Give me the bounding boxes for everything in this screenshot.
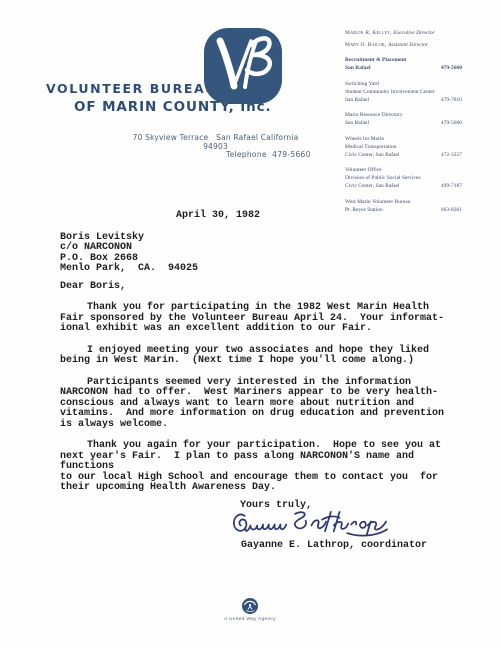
- directory-entry-phone: 479-5660: [441, 119, 462, 127]
- united-way-emblem-icon: [241, 597, 259, 615]
- directory-entry: Volunteer Office Division of Public Soci…: [345, 166, 462, 190]
- directory-entry-location: San Rafael: [345, 64, 371, 72]
- directory-entry: Wheels for Marin Medical Transportation …: [345, 135, 462, 159]
- officer-title: Executive Director: [393, 30, 434, 36]
- footer: A United Way Agency: [0, 597, 500, 622]
- directory-entry-phone: 472-3227: [441, 151, 462, 159]
- officer-name: Mary O. Bailor,: [345, 42, 388, 48]
- paragraph-1: Thank you for participating in the 1982 …: [60, 303, 468, 335]
- letterhead-address: 70 Skyview Terrace San Rafael California…: [123, 133, 308, 151]
- directory-entry: Switching Yard Student Community Involve…: [345, 80, 462, 104]
- vb-logo: [204, 28, 282, 104]
- directory-entry: Recruitment & Placement San Rafael 479-5…: [345, 56, 462, 72]
- paragraph-3: Participants seemed very interested in t…: [60, 378, 468, 431]
- signature-icon: [230, 509, 392, 540]
- directory-entry-location: San Rafael: [345, 96, 369, 104]
- officer-line: Mary O. Bailor, Assistant Director: [345, 41, 462, 49]
- directory-entry-subtitle: Division of Public Social Services: [345, 174, 462, 182]
- officer-title: Assistant Director: [388, 42, 428, 48]
- directory-entry-title: Volunteer Office: [345, 166, 462, 174]
- directory-entry: Marin Resource Directory San Rafael 479-…: [345, 111, 462, 127]
- directory-entry-phone: 499-7187: [441, 182, 462, 190]
- directory-column: Marion R. Kelley, Executive Director Mar…: [345, 29, 462, 214]
- handwritten-signature: [230, 509, 468, 540]
- officer-line: Marion R. Kelley, Executive Director: [345, 29, 462, 37]
- letter-date: April 30, 1982: [176, 211, 468, 222]
- officer-name: Marion R. Kelley,: [345, 30, 393, 36]
- letterhead-phone: Telephone 479-5660: [226, 150, 311, 159]
- vb-logo-icon: [204, 28, 282, 104]
- agency-tagline: A United Way Agency: [224, 617, 276, 622]
- paragraph-4: Thank you again for your participation. …: [60, 441, 468, 494]
- letter-body: April 30, 1982 Boris Levitsky c/o NARCON…: [60, 211, 468, 552]
- directory-entry-title: Recruitment & Placement: [345, 56, 462, 64]
- directory-entry-title: West Marin Volunteer Bureau: [345, 198, 462, 206]
- directory-entry-phone: 479-5660: [441, 64, 462, 72]
- paragraph-2: I enjoyed meeting your two associates an…: [60, 346, 468, 367]
- directory-entry-title: Wheels for Marin: [345, 135, 462, 143]
- org-name-line1: VOLUNTEER BUREAU: [46, 81, 217, 96]
- recipient-line: c/o NARCONON: [60, 243, 468, 254]
- scanned-letter-page: VOLUNTEER BUREAU OF MARIN COUNTY, Inc. 7…: [0, 0, 500, 647]
- directory-entry-location: Civic Center, San Rafael: [345, 151, 399, 159]
- directory-entry-location: San Rafael: [345, 119, 369, 127]
- directory-entry-phone: 479-7810: [441, 96, 462, 104]
- recipient-address-block: Boris Levitsky c/o NARCONON P.O. Box 266…: [60, 233, 468, 275]
- recipient-line: Menlo Park, CA. 94025: [60, 264, 468, 275]
- directory-entry-subtitle: Medical Transportation: [345, 143, 462, 151]
- directory-entry-location: Civic Center, San Rafael: [345, 182, 399, 190]
- directory-entry-title: Marin Resource Directory: [345, 111, 462, 119]
- typed-signature-name: Gayanne E. Lathrop, coordinator: [241, 541, 468, 552]
- directory-entry-subtitle: Student Community Involvement Center: [345, 88, 462, 96]
- directory-entry-title: Switching Yard: [345, 80, 462, 88]
- salutation: Dear Boris,: [60, 282, 468, 293]
